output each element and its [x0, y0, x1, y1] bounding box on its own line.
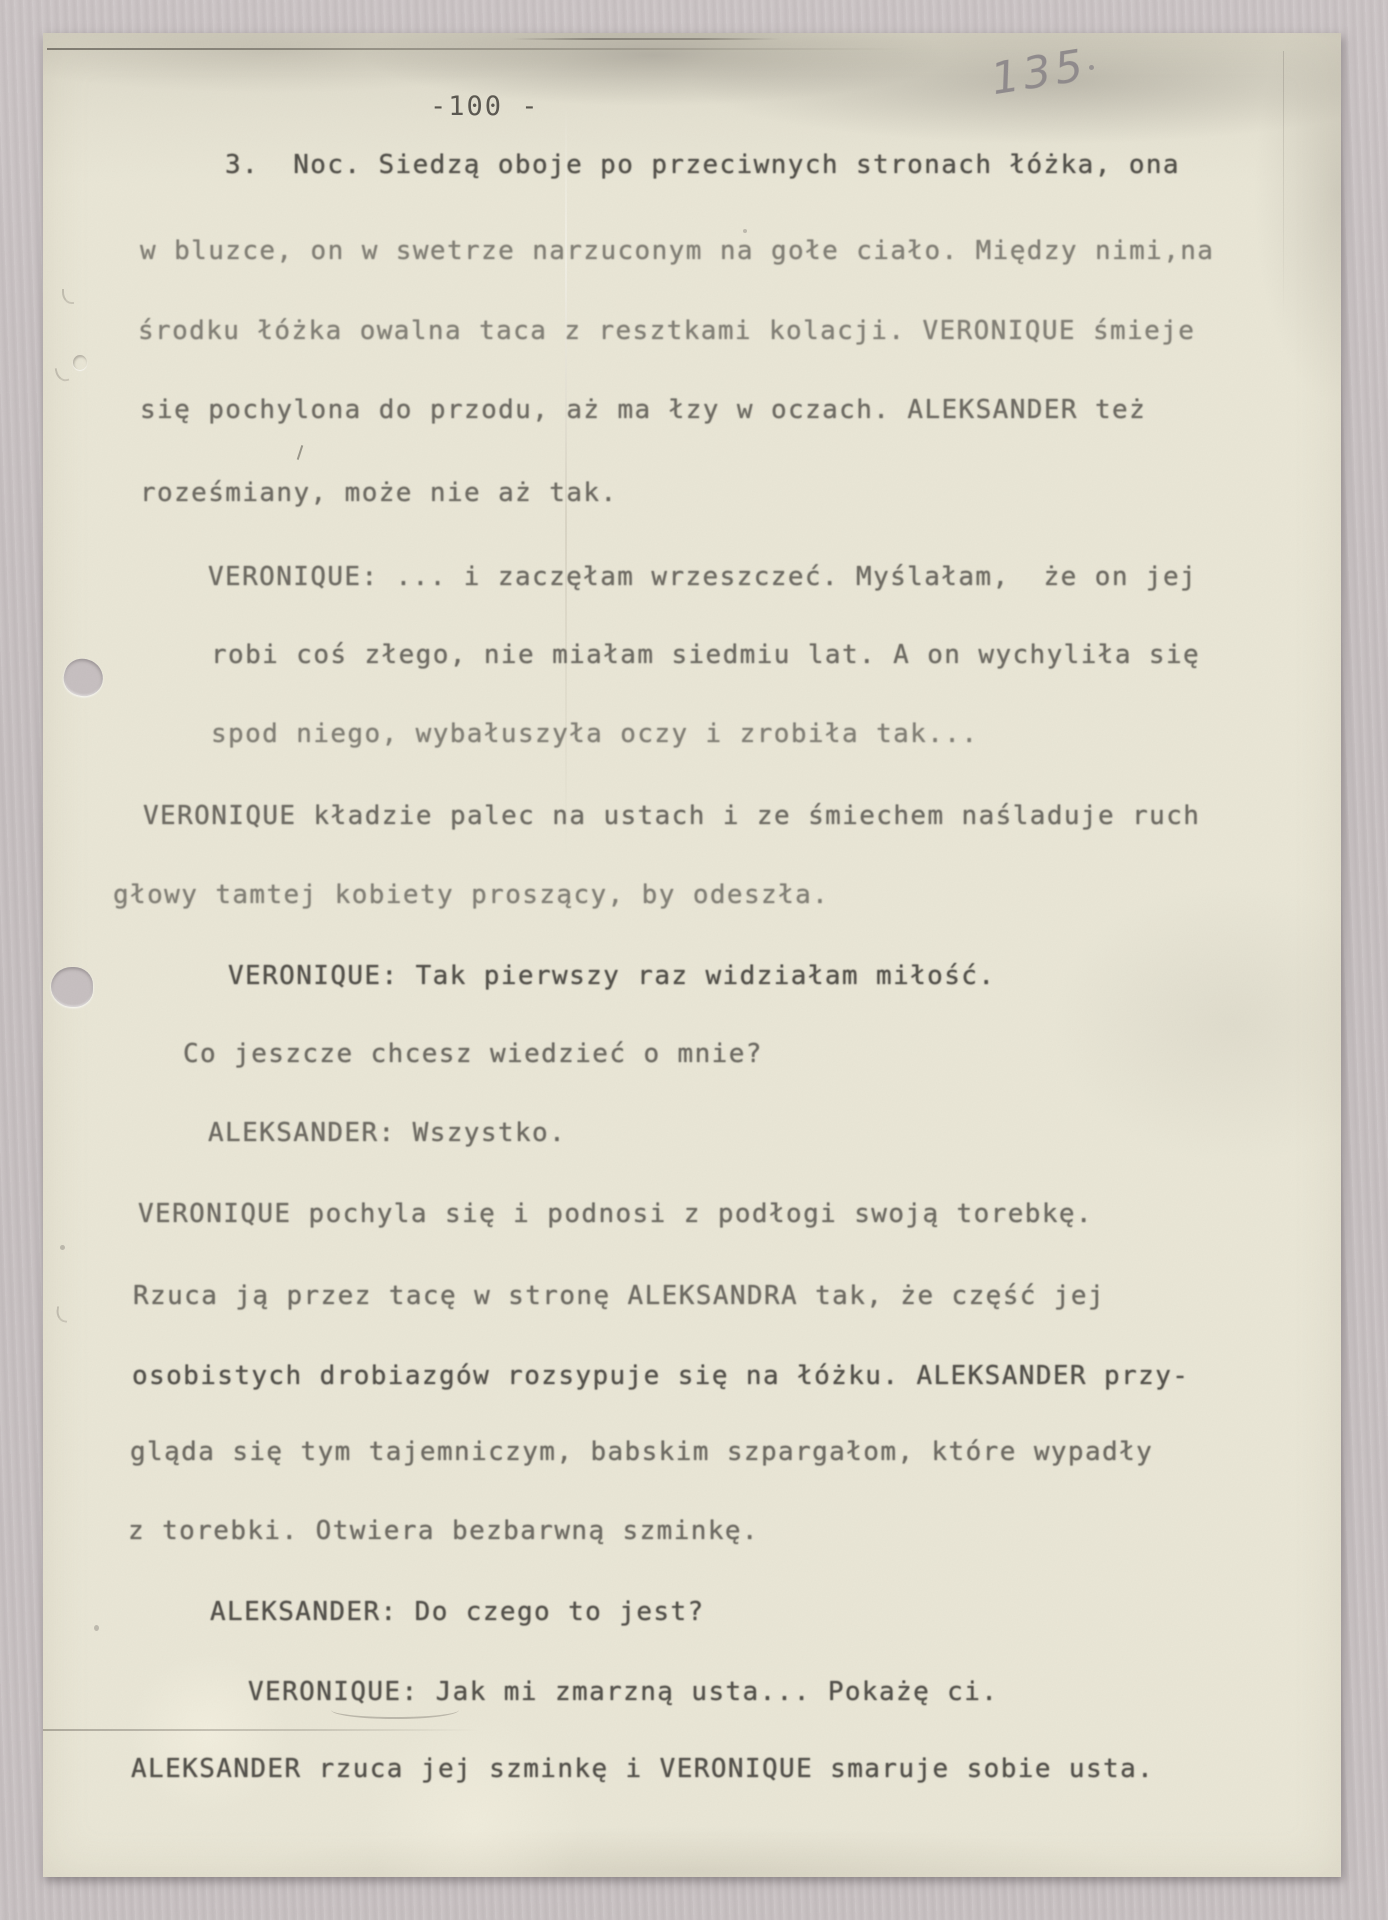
- vertical-crease-right: [1283, 51, 1284, 321]
- pencil-squiggle: [55, 1306, 69, 1323]
- typescript-line: VERONIQUE: Jak mi zmarzną usta... Pokażę…: [248, 1677, 998, 1707]
- punch-hole-bottom: [51, 967, 93, 1007]
- typescript-line: w bluzce, on w swetrze narzuconym na goł…: [140, 236, 1214, 266]
- page-number: -100 -: [430, 91, 540, 122]
- scanner-mat: { "page": { "page_number": "-100 -", "ha…: [0, 0, 1388, 1920]
- crease-mark-bottom: [43, 1729, 479, 1731]
- punch-hole-top: [60, 655, 107, 700]
- typescript-line: ALEKSANDER: Do czego to jest?: [210, 1597, 705, 1627]
- typescript-line: VERONIQUE: ... i zaczęłam wrzeszczeć. My…: [208, 562, 1197, 592]
- typescript-line: ALEKSANDER rzuca jej szminkę i VERONIQUE…: [131, 1754, 1154, 1784]
- typescript-line: VERONIQUE: Tak pierwszy raz widziałam mi…: [228, 961, 995, 991]
- typescript-line: Co jeszcze chcesz wiedzieć o mnie?: [183, 1039, 763, 1069]
- typescript-line: roześmiany, może nie aż tak.: [140, 478, 618, 508]
- handwritten-folio-number: 135: [988, 40, 1091, 105]
- crease-mark-top: [47, 48, 907, 50]
- pencil-speck: [60, 1245, 65, 1250]
- typescript-line: 3. Noc. Siedzą oboje po przeciwnych stro…: [225, 150, 1180, 180]
- typescript-line: Rzuca ją przez tacę w stronę ALEKSANDRA …: [133, 1281, 1105, 1311]
- paper-dimple: [73, 355, 87, 370]
- typescript-line: ALEKSANDER: Wszystko.: [208, 1118, 566, 1148]
- typescript-line: spod niego, wybałuszyła oczy i zrobiła t…: [211, 719, 978, 749]
- scanned-page: -100 - 135 3. Noc. Siedzą oboje po przec…: [43, 33, 1341, 1877]
- folio-dot: [1089, 65, 1094, 70]
- typescript-line: z torebki. Otwiera bezbarwną szminkę.: [128, 1516, 759, 1546]
- typescript-line: osobistych drobiazgów rozsypuje się na ł…: [132, 1361, 1189, 1391]
- stray-pen-tick: [297, 445, 304, 460]
- typescript-line: VERONIQUE pochyla się i podnosi z podłog…: [138, 1199, 1093, 1229]
- typescript-line: gląda się tym tajemniczym, babskim szpar…: [130, 1437, 1153, 1467]
- crease-mark-top-2: [511, 38, 781, 40]
- typescript-line: głowy tamtej kobiety proszący, by odeszł…: [113, 880, 829, 910]
- pencil-speck: [94, 1625, 99, 1631]
- typescript-line: VERONIQUE kładzie palec na ustach i ze ś…: [143, 801, 1200, 831]
- pencil-speck: [743, 229, 747, 233]
- typescript-line: się pochylona do przodu, aż ma łzy w ocz…: [140, 395, 1146, 425]
- pencil-squiggle: [62, 289, 74, 304]
- typescript-line: robi coś złego, nie miałam siedmiu lat. …: [211, 640, 1200, 670]
- typescript-line: środku łóżka owalna taca z resztkami kol…: [138, 316, 1195, 346]
- pencil-squiggle: [55, 366, 70, 383]
